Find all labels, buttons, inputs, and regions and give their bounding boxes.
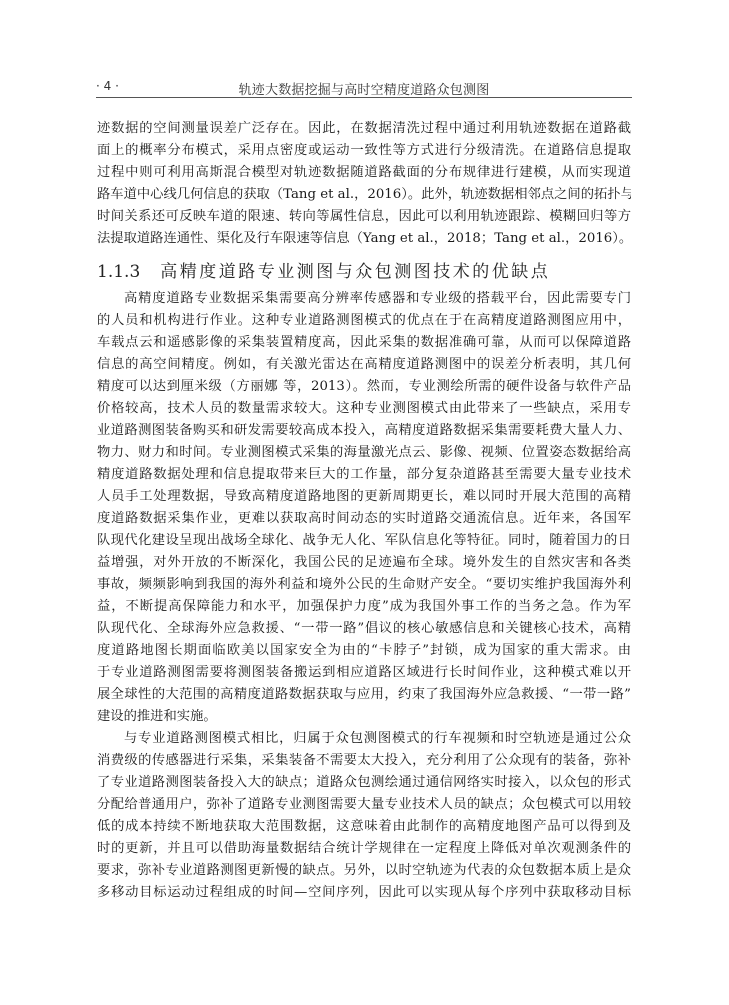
text-line: 高精度道路专业数据采集需要高分辨率传感器和专业级的搭载平台，因此需要专门 <box>97 288 631 310</box>
paragraph-continued: 迹数据的空间测量误差广泛存在。因此，在数据清洗过程中通过利用轨迹数据在道路截 面… <box>97 118 631 250</box>
text-line: 事故，频频影响到我国的海外利益和境外公民的生命财产安全。“要切实维护我国海外利 <box>97 574 631 596</box>
text-line: 车载点云和遥感影像的采集装置精度高，因此采集的数据准确可靠，从而可以保障道路 <box>97 332 631 354</box>
section-heading: 1.1.3高精度道路专业测图与众包测图技术的优缺点 <box>97 254 631 290</box>
text-line: 迹数据的空间测量误差广泛存在。因此，在数据清洗过程中通过利用轨迹数据在道路截 <box>97 118 631 140</box>
text-line: 精度可以达到厘米级（方丽娜 等，2013）。然而，专业测绘所需的硬件设备与软件产… <box>97 376 631 398</box>
text-line: 人员手工处理数据，导致高精度道路地图的更新周期更长，难以同时开展大范围的高精 <box>97 486 631 508</box>
text-line: 队现代化、全球海外应急救援、“一带一路”倡议的核心敏感信息和关键核心技术，高精 <box>97 618 631 640</box>
text-line: 价格较高，技术人员的数量需求较大。这种专业测图模式由此带来了一些缺点，采用专 <box>97 398 631 420</box>
text-line: 与专业道路测图模式相比，归属于众包测图模式的行车视频和时空轨迹是通过公众 <box>97 728 631 750</box>
text-line: 的人员和机构进行作业。这种专业道路测图模式的优点在于在高精度道路测图应用中， <box>97 310 631 332</box>
text-line: 信息的高空间精度。例如，有关激光雷达在高精度道路测图中的误差分析表明，其几何 <box>97 354 631 376</box>
text-line: 精度道路数据处理和信息提取带来巨大的工作量，部分复杂道路甚至需要大量专业技术 <box>97 464 631 486</box>
paragraph-1: 高精度道路专业数据采集需要高分辨率传感器和专业级的搭载平台，因此需要专门 的人员… <box>97 288 631 728</box>
text-line: 分配给普通用户，弥补了道路专业测图需要大量专业技术人员的缺点；众包模式可以用较 <box>97 794 631 816</box>
text-line: 多移动目标运动过程组成的时间—空间序列，因此可以实现从每个序列中获取移动目标 <box>97 882 631 904</box>
text-line: 度道路地图长期面临欧美以国家安全为由的“卡脖子”封锁，成为国家的重大需求。由 <box>97 640 631 662</box>
text-line: 低的成本持续不断地获取大范围数据，这意味着由此制作的高精度地图产品可以得到及 <box>97 816 631 838</box>
text-line: 时间关系还可反映车道的限速、转向等属性信息，因此可以利用轨迹跟踪、模糊回归等方 <box>97 206 631 228</box>
text-line: 了专业道路测图装备投入大的缺点；道路众包测绘通过通信网络实时接入，以众包的形式 <box>97 772 631 794</box>
text-line: 时的更新，并且可以借助海量数据结合统计学规律在一定程度上降低对单次观测条件的 <box>97 838 631 860</box>
text-line: 面上的概率分布模式，采用点密度或运动一致性等方式进行分级清洗。在道路信息提取 <box>97 140 631 162</box>
section-title: 高精度道路专业测图与众包测图技术的优缺点 <box>160 262 550 282</box>
text-line: 物力、财力和时间。专业测图模式采集的海量激光点云、影像、视频、位置姿态数据给高 <box>97 442 631 464</box>
running-title: 轨迹大数据挖掘与高时空精度道路众包测图 <box>96 79 632 98</box>
paragraph-2: 与专业道路测图模式相比，归属于众包测图模式的行车视频和时空轨迹是通过公众 消费级… <box>97 728 631 904</box>
page-body: 迹数据的空间测量误差广泛存在。因此，在数据清洗过程中通过利用轨迹数据在道路截 面… <box>97 118 631 904</box>
text-line: 要求，弥补专业道路测图更新慢的缺点。另外，以时空轨迹为代表的众包数据本质上是众 <box>97 860 631 882</box>
text-line: 路车道中心线几何信息的获取（Tang et al.，2016）。此外，轨迹数据相… <box>97 184 631 206</box>
text-line: 益增强，对外开放的不断深化，我国公民的足迹遍布全球。境外发生的自然灾害和各类 <box>97 552 631 574</box>
text-line: 建设的推进和实施。 <box>97 706 631 728</box>
text-line: 益，不断提高保障能力和水平，加强保护力度”成为我国外事工作的当务之急。作为军 <box>97 596 631 618</box>
text-line: 业道路测图装备购买和研发需要较高成本投入，高精度道路数据采集需要耗费大量人力、 <box>97 420 631 442</box>
text-line: 于专业道路测图需要将测图装备搬运到相应道路区域进行长时间作业，这种模式难以开 <box>97 662 631 684</box>
text-line: 展全球性的大范围的高精度道路数据获取与应用，约束了我国海外应急救援、“一带一路” <box>97 684 631 706</box>
text-line: 过程中则可利用高斯混合模型对轨迹数据随道路截面的分布规律进行建模，从而实现道 <box>97 162 631 184</box>
section-number: 1.1.3 <box>97 262 140 282</box>
text-line: 队现代化建设呈现出战场全球化、战争无人化、军队信息化等特征。同时，随着国力的日 <box>97 530 631 552</box>
text-line: 消费级的传感器进行采集，采集装备不需要太大投入，充分利用了公众现有的装备，弥补 <box>97 750 631 772</box>
text-line: 度道路数据采集作业，更难以获取高时间动态的实时道路交通流信息。近年来，各国军 <box>97 508 631 530</box>
text-line: 法提取道路连通性、渠化及行车限速等信息（Yang et al.，2018；Tan… <box>97 228 631 250</box>
page-header: · 4 · 轨迹大数据挖掘与高时空精度道路众包测图 <box>96 79 632 98</box>
